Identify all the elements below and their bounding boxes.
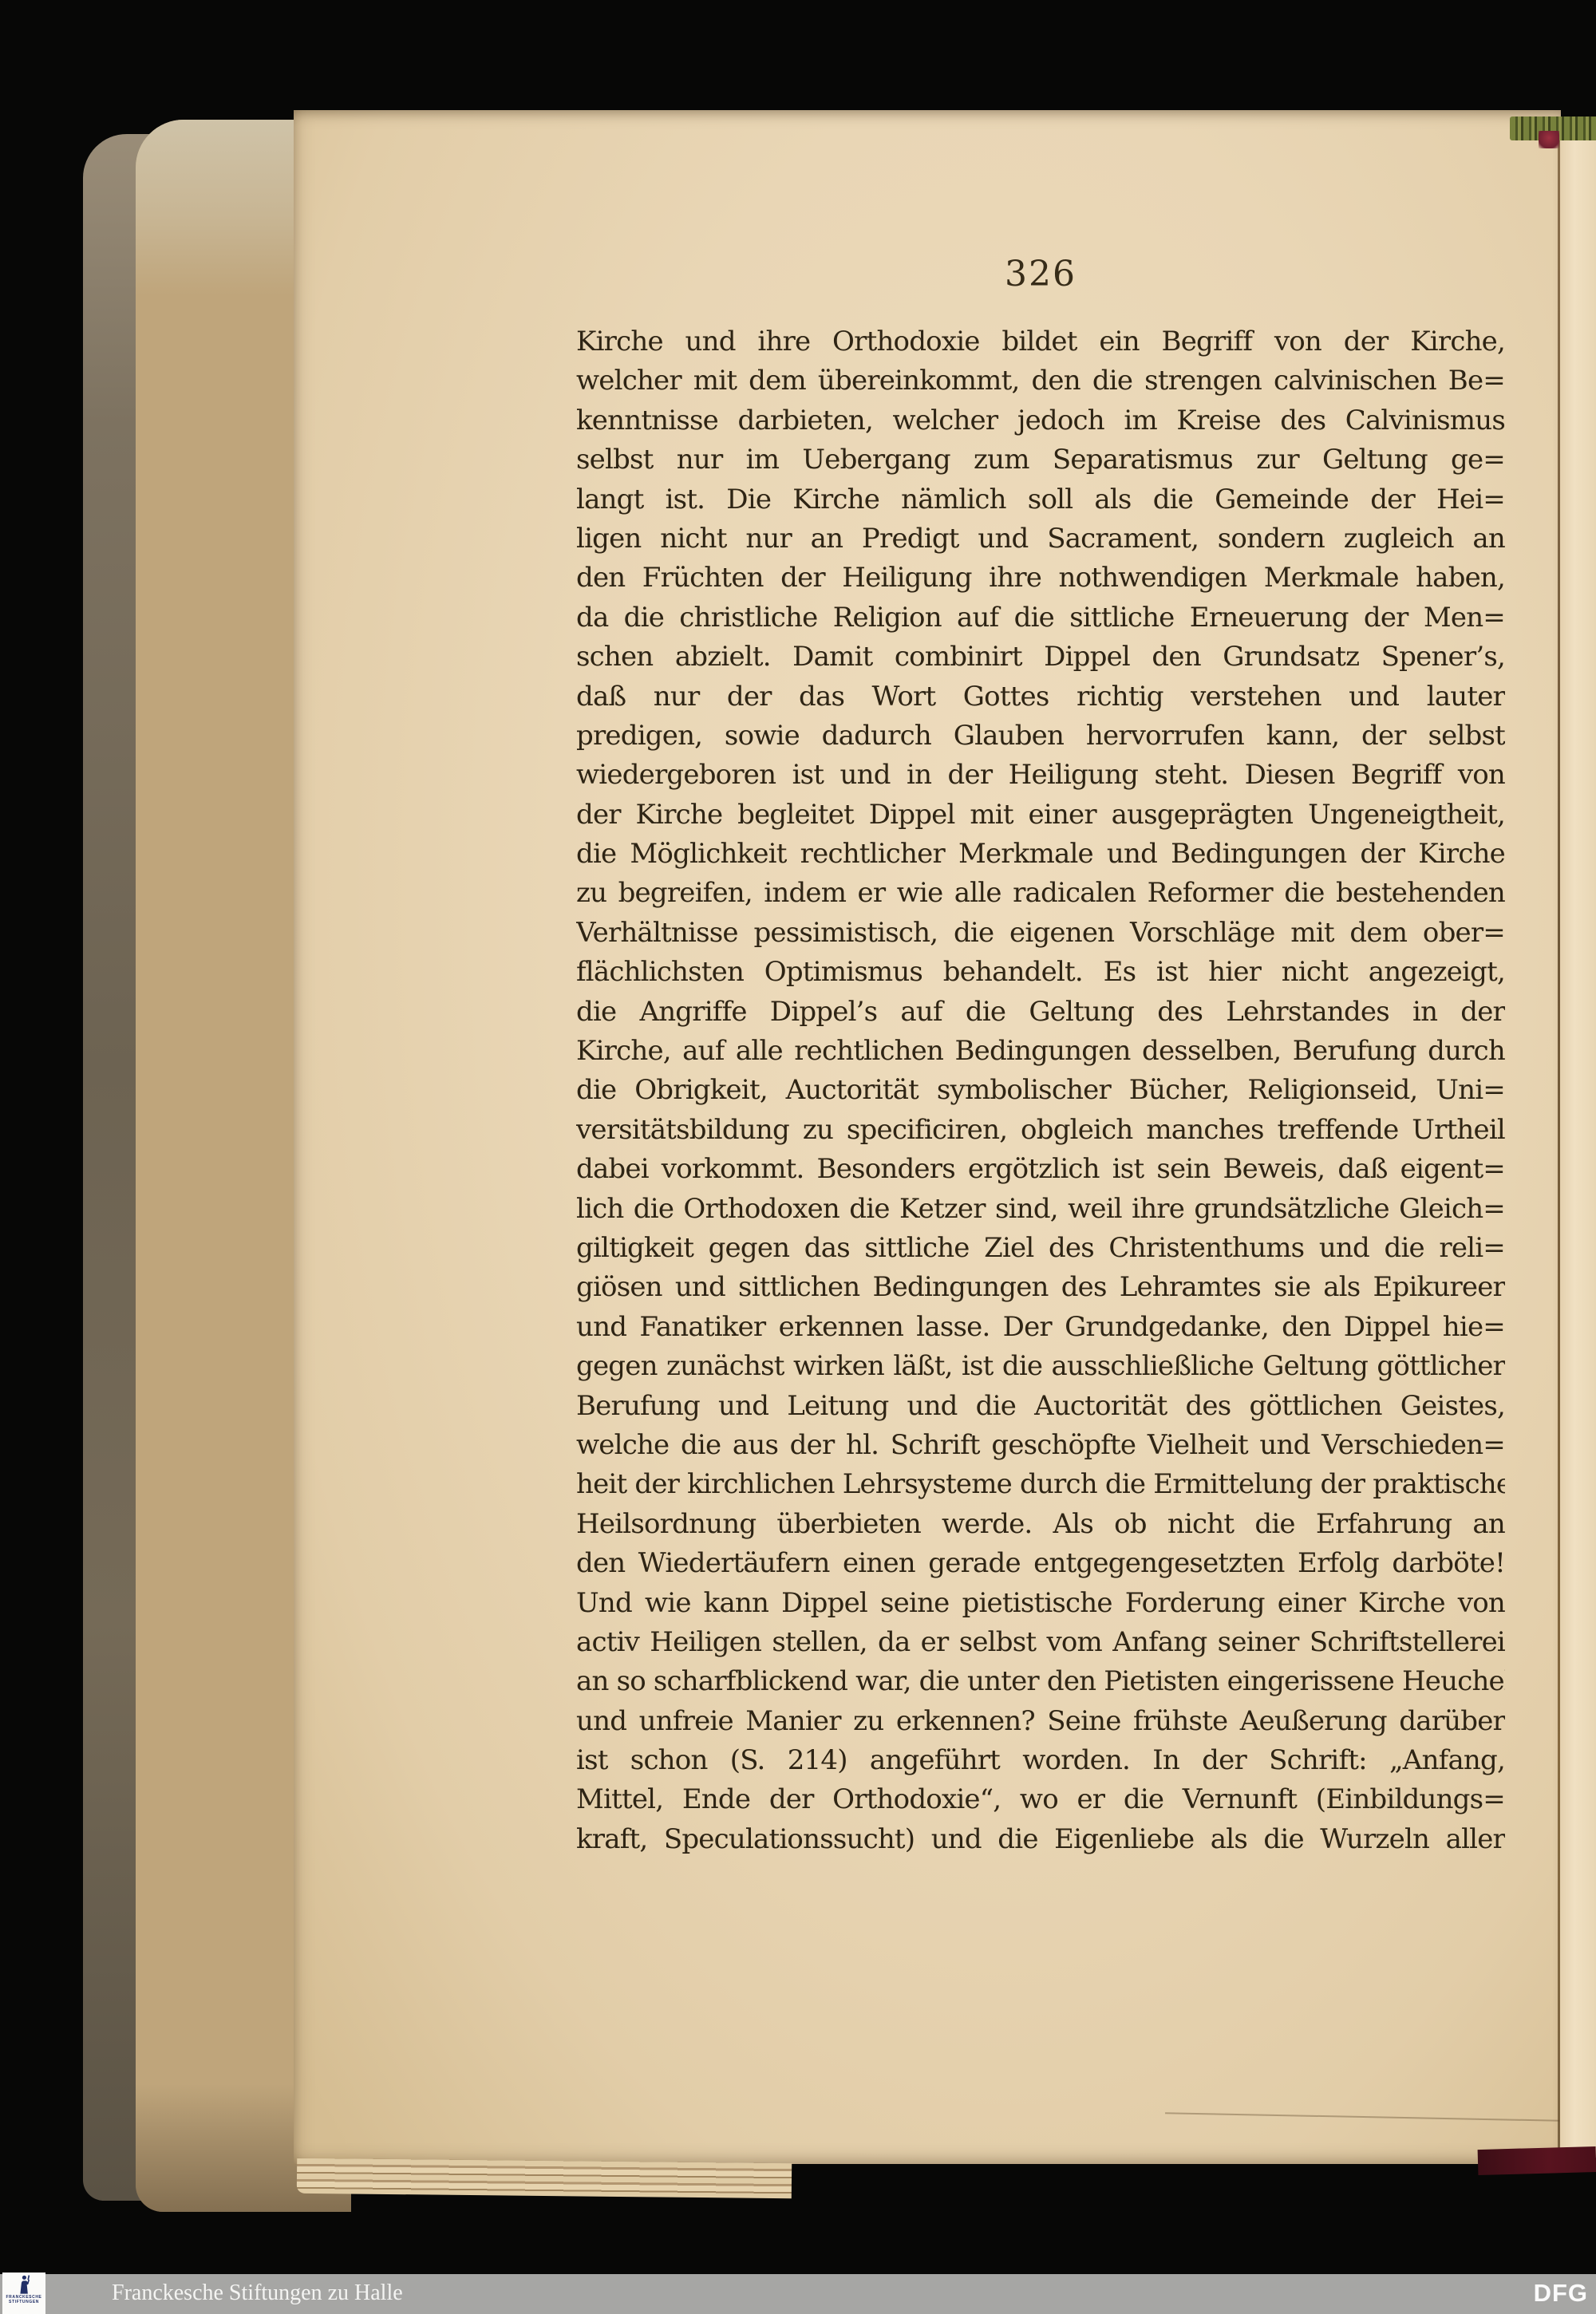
text-line: dabei vorkommt. Besonders ergötzlich ist… (576, 1150, 1505, 1189)
text-line: den Wiedertäufern einen gerade entgegeng… (576, 1544, 1505, 1583)
page-gutter-crease (1558, 120, 1560, 2156)
text-line: der Kirche begleitet Dippel mit einer au… (576, 796, 1505, 835)
text-line: wiedergeboren ist und in der Heiligung s… (576, 756, 1505, 795)
text-line: lich die Orthodoxen die Ketzer sind, wei… (576, 1190, 1505, 1229)
franckesche-stiftungen-icon (16, 2274, 32, 2295)
text-line: flächlichsten Optimismus behandelt. Es i… (576, 953, 1505, 992)
text-line: schen abzielt. Damit combinirt Dippel de… (576, 638, 1505, 677)
text-line: und Fanatiker erkennen lasse. Der Grundg… (576, 1308, 1505, 1347)
footer-logo-text-line2: STIFTUNGEN (9, 2300, 39, 2304)
text-line: giösen und sittlichen Bedingungen des Le… (576, 1268, 1505, 1307)
text-line: Mittel, Ende der Orthodoxie“, wo er die … (576, 1780, 1505, 1819)
page-number: 326 (576, 254, 1505, 294)
text-line: kraft, Speculationssucht) und die Eigenl… (576, 1820, 1505, 1859)
text-line: versitätsbildung zu specificiren, obglei… (576, 1111, 1505, 1150)
text-line: Kirche, auf alle rechtlichen Bedingungen… (576, 1032, 1505, 1071)
text-line: kenntnisse darbieten, welcher jedoch im … (576, 401, 1505, 440)
dfg-logo: DFG (1534, 2279, 1588, 2308)
text-line: Heilsordnung überbieten werde. Als ob ni… (576, 1505, 1505, 1544)
text-line: ist schon (S. 214) angeführt worden. In … (576, 1741, 1505, 1780)
text-line: predigen, sowie dadurch Glauben hervorru… (576, 717, 1505, 756)
next-page-edge (1560, 116, 1596, 2158)
text-line: ligen nicht nur an Predigt und Sacrament… (576, 519, 1505, 559)
lower-page-edges (297, 2158, 792, 2198)
cover-corner (1478, 2146, 1596, 2175)
text-line: den Früchten der Heiligung ihre nothwend… (576, 559, 1505, 598)
text-line: giltigkeit gegen das sittliche Ziel des … (576, 1229, 1505, 1268)
text-line: selbst nur im Uebergang zum Separatismus… (576, 440, 1505, 480)
text-line: Kirche und ihre Orthodoxie bildet ein Be… (576, 322, 1505, 361)
text-line: welcher mit dem übereinkommt, den die st… (576, 361, 1505, 401)
text-line: activ Heiligen stellen, da er selbst vom… (576, 1623, 1505, 1662)
text-line: da die christliche Religion auf die sitt… (576, 598, 1505, 638)
text-line: zu begreifen, indem er wie alle radicale… (576, 874, 1505, 913)
text-line: Verhältnisse pessimistisch, die eigenen … (576, 914, 1505, 953)
book-scan-photo: 326 Kirche und ihre Orthodoxie bildet ei… (0, 0, 1596, 2314)
text-line: an so scharfblickend war, die unter den … (576, 1662, 1505, 1701)
text-line: die Obrigkeit, Auctorität symbolischer B… (576, 1071, 1505, 1110)
text-line: die Möglichkeit rechtlicher Merkmale und… (576, 835, 1505, 874)
text-line: heit der kirchlichen Lehrsysteme durch d… (576, 1465, 1505, 1504)
text-line: die Angriffe Dippel’s auf die Geltung de… (576, 993, 1505, 1032)
footer-logo-box: FRANCKESCHE STIFTUNGEN (2, 2273, 45, 2314)
text-line: und unfreie Manier zu erkennen? Seine fr… (576, 1702, 1505, 1741)
institution-label: Franckesche Stiftungen zu Halle (112, 2280, 403, 2306)
text-line: langt ist. Die Kirche nämlich soll als d… (576, 480, 1505, 519)
text-line: welche die aus der hl. Schrift geschöpft… (576, 1426, 1505, 1465)
text-line: Berufung und Leitung und die Auctorität … (576, 1387, 1505, 1426)
text-line: gegen zunächst wirken läßt, ist die auss… (576, 1347, 1505, 1386)
headband-red-detail (1539, 131, 1559, 148)
text-line: Und wie kann Dippel seine pietistische F… (576, 1584, 1505, 1623)
text-line: daß nur der das Wort Gottes richtig vers… (576, 677, 1505, 717)
text-block: Kirche und ihre Orthodoxie bildet ein Be… (576, 322, 1505, 1859)
